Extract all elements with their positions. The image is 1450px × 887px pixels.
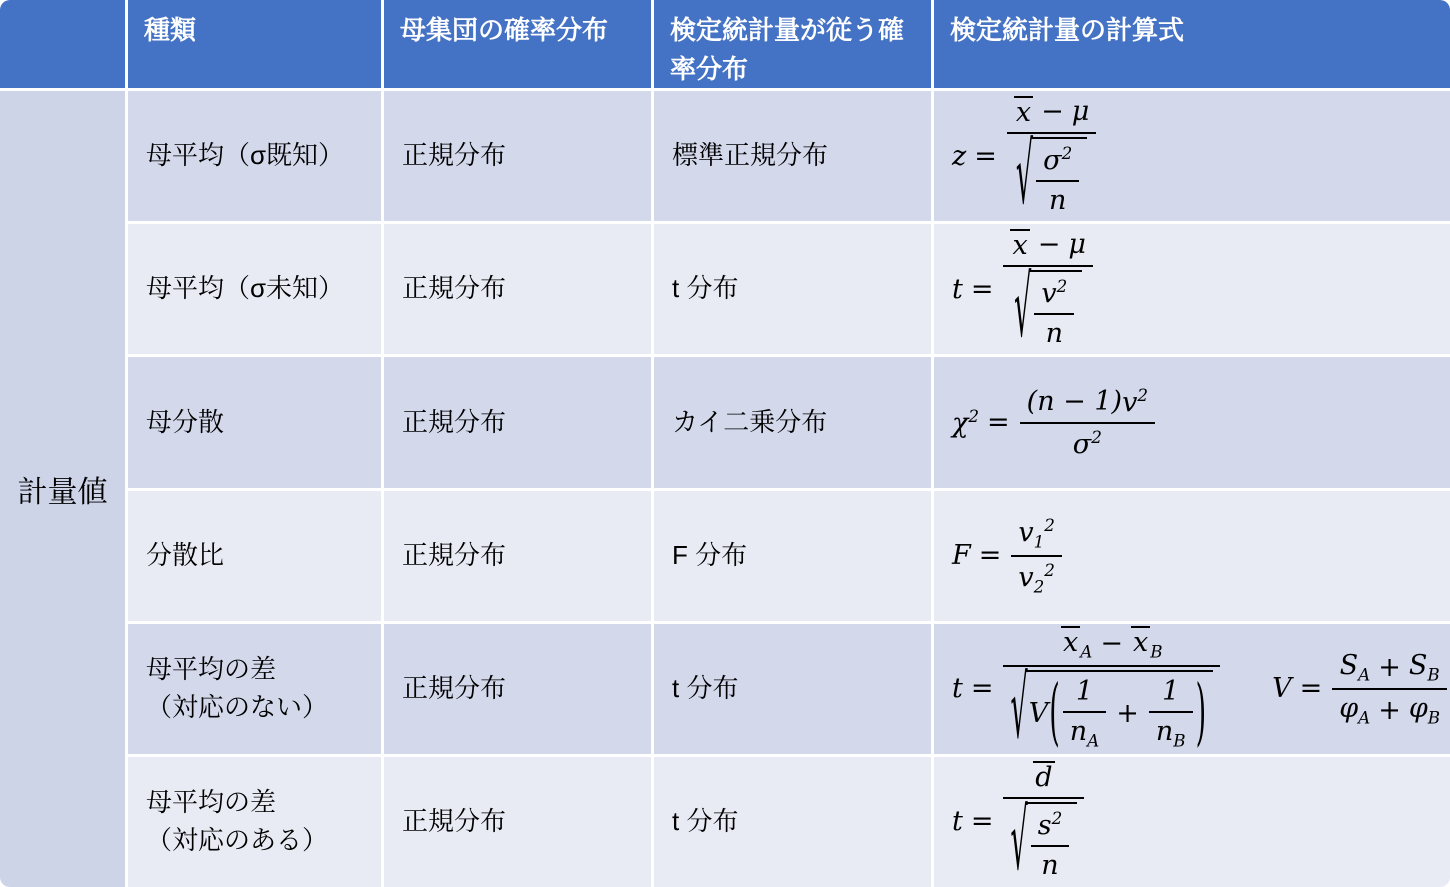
formula-cell: χ2=(n − 1)v2σ2: [934, 357, 1450, 487]
stat-dist-cell: t 分布: [654, 624, 931, 754]
slide: 種類 母集団の確率分布 検定統計量が従う確率分布 検定統計量の計算式 計量値 母…: [0, 0, 1450, 887]
type-line: （対応のない）: [146, 689, 381, 727]
hypothesis-test-table: 種類 母集団の確率分布 検定統計量が従う確率分布 検定統計量の計算式 計量値 母…: [0, 0, 1450, 887]
type-cell: 母平均（σ既知）: [128, 91, 381, 221]
formula-cell: t=xA−xB√V(1nA+1nB)V=SA+SBφA+φB: [934, 624, 1450, 754]
type-line: 母平均（σ既知）: [146, 137, 381, 175]
formula-cell: F=v12v22: [934, 491, 1450, 621]
population-dist-cell: 正規分布: [384, 357, 651, 487]
stat-dist-cell: t 分布: [654, 757, 931, 887]
formula: t=x−μ√v2n: [952, 228, 1095, 351]
type-cell: 母分散: [128, 357, 381, 487]
formula: z=x−μ√σ2n: [952, 95, 1098, 218]
row-group-label: 計量値: [0, 91, 125, 887]
type-line: 母平均の差: [146, 784, 381, 822]
type-cell: 母平均（σ未知）: [128, 224, 381, 354]
formula: t=xA−xB√V(1nA+1nB): [952, 625, 1222, 753]
stat-dist-cell: F 分布: [654, 491, 931, 621]
formula: χ2=(n − 1)v2σ2: [952, 384, 1157, 461]
population-dist-cell: 正規分布: [384, 491, 651, 621]
type-line: 母分散: [146, 404, 381, 442]
population-dist-cell: 正規分布: [384, 757, 651, 887]
type-line: 母平均（σ未知）: [146, 270, 381, 308]
formula-cell: t=d√s2n: [934, 757, 1450, 887]
stat-dist-cell: カイ二乗分布: [654, 357, 931, 487]
formula: t=d√s2n: [952, 760, 1086, 883]
header-corner-cell: [0, 0, 125, 88]
formula-cell: t=x−μ√v2n: [934, 224, 1450, 354]
stat-dist-cell: 標準正規分布: [654, 91, 931, 221]
population-dist-cell: 正規分布: [384, 624, 651, 754]
header-formula: 検定統計量の計算式: [934, 0, 1450, 88]
header-type: 種類: [128, 0, 381, 88]
population-dist-cell: 正規分布: [384, 224, 651, 354]
type-cell: 母平均の差（対応のない）: [128, 624, 381, 754]
header-population-dist: 母集団の確率分布: [384, 0, 651, 88]
population-dist-cell: 正規分布: [384, 91, 651, 221]
formula-cell: z=x−μ√σ2n: [934, 91, 1450, 221]
type-line: 母平均の差: [146, 651, 381, 689]
type-line: 分散比: [146, 537, 381, 575]
type-cell: 分散比: [128, 491, 381, 621]
formula: V=SA+SBφA+φB: [1272, 649, 1449, 729]
type-line: （対応のある）: [146, 822, 381, 860]
formula: F=v12v22: [952, 514, 1064, 598]
type-cell: 母平均の差（対応のある）: [128, 757, 381, 887]
header-stat-dist: 検定統計量が従う確率分布: [654, 0, 931, 88]
stat-dist-cell: t 分布: [654, 224, 931, 354]
